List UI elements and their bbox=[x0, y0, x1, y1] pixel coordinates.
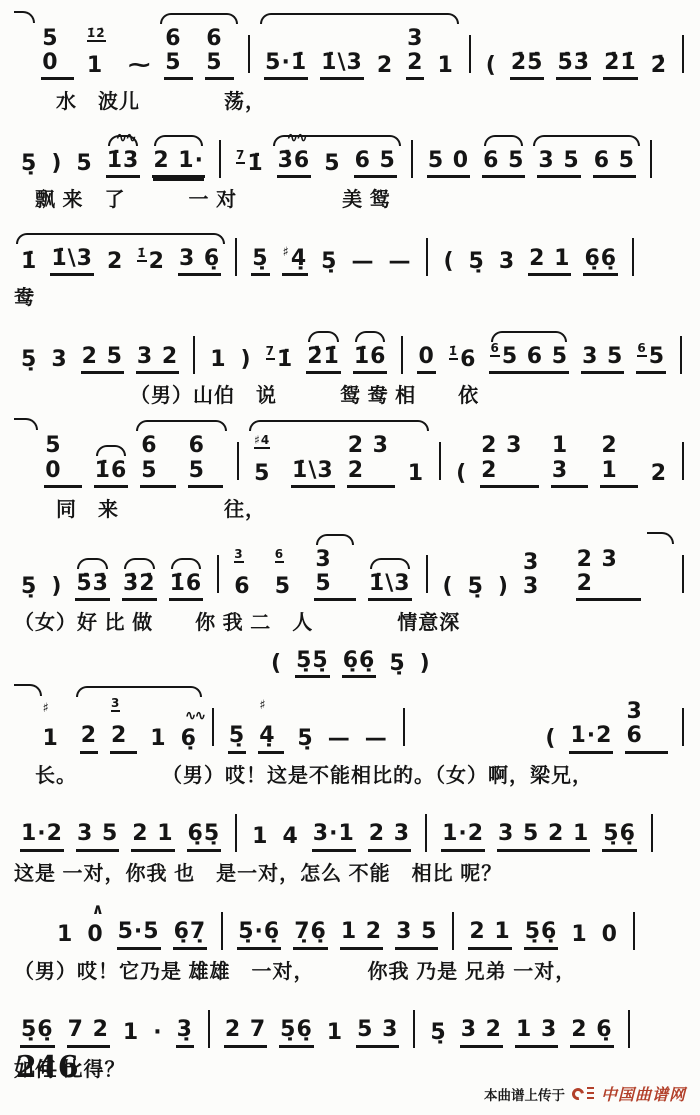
slur-arc-icon bbox=[533, 135, 640, 146]
note-text: 1̇\3 bbox=[292, 459, 334, 483]
note-text: 5 0 bbox=[428, 149, 469, 173]
barline bbox=[208, 1010, 210, 1048]
barline bbox=[403, 708, 405, 746]
note-text: 2 3 2 bbox=[577, 548, 641, 596]
sheet-music-page: { "page": { "number": "246" }, "footer":… bbox=[0, 0, 700, 1115]
note-text: 3 5 bbox=[315, 548, 355, 596]
beamed-group: 3 56 5 bbox=[531, 149, 642, 178]
note-token: 2 6̣ bbox=[570, 1018, 613, 1047]
music-line: 5 01̇66 56 5♯451̇\32 3 21(2 3 21 32 12 同… bbox=[14, 417, 692, 521]
note-token: ) bbox=[497, 575, 510, 601]
barline bbox=[682, 35, 684, 73]
note-token: 1̇ bbox=[20, 250, 38, 276]
slur-arc-icon bbox=[154, 135, 203, 146]
note-token: 4 bbox=[281, 825, 299, 851]
notation-row: 5̣32 53 21)71̇2̇1̇1̇601̇665 6 53 565 bbox=[14, 336, 692, 374]
beamed-group: 2321∿∿6̣ bbox=[74, 700, 204, 753]
footer-upload-text: 本曲谱上传于 bbox=[484, 1084, 565, 1104]
note-token: 3 5 bbox=[395, 920, 438, 949]
note-text: 6̣7̣ bbox=[174, 920, 207, 944]
slur-arc-icon bbox=[484, 135, 523, 146]
note-token: ⁓ bbox=[127, 54, 152, 80]
note-token: 3 5 bbox=[581, 345, 624, 374]
barline bbox=[682, 708, 684, 746]
note-text: ) bbox=[241, 348, 252, 372]
note-token: ♯1 bbox=[42, 703, 68, 753]
note-text: 6 5 bbox=[189, 434, 222, 482]
note-text: 1 3 bbox=[516, 1018, 557, 1042]
barline bbox=[650, 140, 652, 178]
note-token: 1 bbox=[251, 825, 269, 851]
note-token: 6 5 bbox=[354, 149, 397, 178]
grace-note: 6 bbox=[275, 547, 284, 563]
note-token: ) bbox=[419, 652, 432, 678]
lyrics-row: 水 波儿 荡， bbox=[14, 85, 692, 114]
note-text: ( bbox=[545, 727, 556, 751]
note-text: 4 bbox=[282, 825, 298, 849]
lyrics-row: （女）好 比 做 你 我 二 人 情意深 bbox=[14, 606, 692, 635]
note-token: 5̣ bbox=[467, 575, 485, 601]
note-text: 2̇1̇ bbox=[604, 51, 637, 75]
note-text: 5̣6̣ bbox=[21, 1018, 54, 1042]
note-token: 5 0 bbox=[41, 27, 74, 80]
slur-arc-icon bbox=[260, 13, 459, 24]
breath-mark-icon: ∧ bbox=[92, 901, 105, 918]
note-text: 2 1 bbox=[132, 822, 173, 846]
note-token: 6 5 bbox=[593, 149, 636, 178]
note-token: ∿∿6̣ bbox=[180, 727, 198, 753]
note-token: 6 5 bbox=[140, 434, 175, 487]
lyrics-row: 飘 来 了 一 对 美 鸳 bbox=[14, 183, 692, 212]
note-text: 3 5 2 1 bbox=[498, 822, 589, 846]
note-token: — bbox=[350, 250, 375, 276]
note-token: ∿∿1̇3 bbox=[106, 149, 141, 178]
barline bbox=[682, 555, 684, 593]
note-text: 1 bbox=[571, 923, 587, 947]
sharp-icon: ♯ bbox=[43, 701, 50, 716]
note-text: · bbox=[153, 1021, 162, 1045]
note-token: 5 0 bbox=[44, 434, 81, 487]
note-token: ( bbox=[485, 54, 498, 80]
note-text: 3 6 bbox=[626, 700, 667, 748]
footer: 本曲谱上传于 中国曲谱网 bbox=[484, 1082, 686, 1105]
barline bbox=[411, 140, 413, 178]
sharp-icon: ♯ bbox=[259, 698, 266, 713]
note-token: 1 bbox=[570, 923, 588, 949]
note-token: 3 bbox=[50, 348, 68, 374]
note-token: ♯4̣ bbox=[282, 247, 309, 276]
note-token: 3 5 bbox=[76, 822, 119, 851]
music-line: 5̣6̣7 21·3̣2 75̣6̣15 35̣3 21 32 6̣ 如何 比得… bbox=[14, 993, 692, 1082]
barline bbox=[680, 336, 682, 374]
note-token: ( bbox=[270, 652, 283, 678]
note-token: 5̣ bbox=[20, 348, 38, 374]
lyrics-row: 这是 一对，你我 也 是一对，怎么 不能 相比 呢？ bbox=[14, 857, 692, 886]
note-token: 5̣ bbox=[228, 724, 246, 753]
slur-arc-icon bbox=[96, 445, 127, 456]
slur-arc-icon bbox=[136, 420, 227, 431]
barline bbox=[248, 35, 250, 73]
note-token: ) bbox=[50, 575, 63, 601]
note-text: 5̇3̇ bbox=[557, 51, 590, 75]
notation-row: 5 01̇2̇1⁓6 56 55·1̇1̇\323 21(2̇5̇5̇3̇2̇1… bbox=[14, 27, 692, 80]
note-text: 5̣ bbox=[469, 250, 485, 274]
note-text: 2̇ bbox=[651, 54, 667, 78]
note-token: 5̇3̇ bbox=[556, 51, 591, 80]
note-text: — bbox=[328, 727, 351, 751]
note-text: 1 bbox=[87, 54, 103, 78]
sharp-icon: ♯ bbox=[283, 245, 290, 260]
note-token: — bbox=[364, 727, 389, 753]
note-text: 5̣ bbox=[321, 250, 337, 274]
beamed-group: 1̇1̇\321̇23 6̣ bbox=[14, 247, 227, 276]
grace-note: 6 bbox=[490, 341, 499, 357]
note-token: 5̣ bbox=[320, 250, 338, 276]
note-token: 1·2 bbox=[20, 822, 64, 851]
note-token: 2 bbox=[376, 54, 394, 80]
note-text: 3 3 bbox=[523, 551, 563, 599]
note-text: 2 3 2 bbox=[481, 434, 538, 482]
note-text: 1·2 bbox=[21, 822, 63, 846]
note-token: 5̣ bbox=[20, 575, 38, 601]
note-token: 1̇\3 bbox=[291, 459, 335, 488]
note-text: 3 2 bbox=[137, 345, 178, 369]
note-text: 3 6̣ bbox=[179, 247, 220, 271]
grace-note: 1̇ bbox=[449, 344, 458, 360]
note-token: — bbox=[387, 250, 412, 276]
barline bbox=[193, 336, 195, 374]
note-text: 2 bbox=[111, 724, 127, 748]
note-text: 2̇5̇ bbox=[511, 51, 544, 75]
note-token: 71̇ bbox=[235, 152, 265, 178]
slur-arc-icon bbox=[355, 331, 386, 342]
note-token: 3 2 bbox=[136, 345, 179, 374]
note-token: ♯4̣ bbox=[258, 700, 284, 753]
note-token: 1̇6 bbox=[448, 348, 478, 374]
note-token: 5̣6̣ bbox=[20, 1018, 55, 1047]
site-logo-c-rings-icon bbox=[572, 1085, 594, 1103]
note-token: 0 bbox=[601, 923, 619, 949]
note-text: 1̇\3 bbox=[321, 51, 363, 75]
note-text: 6 bbox=[460, 348, 476, 372]
notation-row: 5̣6̣7 21·3̣2 75̣6̣15 35̣3 21 32 6̣ bbox=[14, 1010, 692, 1048]
note-text: 5̣ bbox=[389, 652, 405, 676]
grace-note: 6 bbox=[637, 341, 646, 357]
note-token: 2 3 2 bbox=[576, 548, 642, 601]
notation-row: 1̇1̇\321̇23 6̣5̣♯4̣5̣——(5̣32 16̣6̣ bbox=[14, 238, 692, 276]
note-token: 2̇1̇ bbox=[306, 345, 341, 374]
note-token: 5̣5̣ bbox=[295, 649, 330, 678]
note-token: 5̣ bbox=[388, 652, 406, 678]
note-text: 2 1 bbox=[529, 247, 570, 271]
note-text: 1 bbox=[437, 54, 453, 78]
note-token: 36 bbox=[233, 551, 262, 601]
note-token: 5̇3̇ bbox=[75, 572, 110, 601]
note-token: 5̣ bbox=[429, 1021, 447, 1047]
note-text: 5̣ bbox=[21, 575, 37, 599]
note-text: 1̇3 bbox=[107, 149, 140, 173]
grace-note: ♯4 bbox=[254, 433, 270, 449]
note-token: 1·2 bbox=[441, 822, 485, 851]
note-text: 2 bbox=[81, 724, 97, 748]
note-text: 5 bbox=[649, 345, 665, 369]
note-text: 3̇2̇ bbox=[123, 572, 156, 596]
note-text: 1 bbox=[43, 727, 59, 751]
note-text: 3 2 bbox=[407, 27, 423, 75]
note-token: ( bbox=[442, 250, 455, 276]
note-text: 1 bbox=[252, 825, 268, 849]
note-token: ( bbox=[442, 575, 455, 601]
note-token: 2̇ bbox=[650, 54, 668, 80]
barline bbox=[219, 140, 221, 178]
grace-note: 1̇2̇ bbox=[87, 26, 106, 42]
grace-note: 7 bbox=[266, 344, 275, 360]
barline bbox=[212, 708, 214, 746]
tie-fragment-icon bbox=[14, 418, 38, 430]
note-text: 1 bbox=[327, 1021, 343, 1045]
note-text: 6̣ bbox=[181, 727, 197, 751]
note-text: 6 5 bbox=[483, 149, 524, 173]
music-line: 5̣)5∿∿1̇32 1·71̇∿∿3̇656 55 06 53 56 5 飘 … bbox=[14, 123, 692, 212]
note-text: ) bbox=[51, 152, 62, 176]
note-token: 1 bbox=[407, 462, 425, 488]
note-token: ♯45 bbox=[253, 437, 279, 487]
note-text: 2 bbox=[149, 250, 165, 274]
note-token: 5 0 bbox=[427, 149, 470, 178]
note-text: 5̣6̣ bbox=[280, 1018, 313, 1042]
note-token: 3 5 bbox=[537, 149, 580, 178]
instrumental-fill-line: (5̣5̣6̣6̣5̣) bbox=[14, 644, 692, 678]
music-line: ♯12321∿∿6̣5̣♯4̣5̣——(1·23 6 长。 （男）哎！这是不能相… bbox=[14, 683, 692, 787]
note-text: — bbox=[365, 727, 388, 751]
lyrics-row: 长。 （男）哎！这是不能相比的。（女）啊，梁兄， bbox=[14, 759, 692, 788]
notation-row: 1∧05·56̣7̣∧5̣·6̣7̣6̣1 23 52 15̣6̣10 bbox=[14, 912, 692, 950]
note-token: 71̇ bbox=[265, 348, 295, 374]
note-text: ( bbox=[443, 575, 454, 599]
note-token: 2 1 bbox=[131, 822, 174, 851]
note-text: 6̣6̣ bbox=[343, 649, 376, 673]
note-token: 1̇6 bbox=[169, 572, 204, 601]
note-text: 1̇\3 bbox=[369, 572, 411, 596]
slur-arc-icon bbox=[316, 534, 354, 545]
note-token: 1 bbox=[56, 923, 74, 949]
note-text: 7 2 bbox=[68, 1018, 109, 1042]
barline bbox=[237, 442, 239, 480]
note-text: 3 5 bbox=[538, 149, 579, 173]
note-text: 2 bbox=[377, 54, 393, 78]
note-token: 2 1 bbox=[600, 434, 637, 487]
note-token: 3 5 bbox=[314, 548, 356, 601]
note-text: 2 1· bbox=[153, 149, 204, 173]
note-text: 1·2 bbox=[570, 724, 612, 748]
note-text: 2 5 bbox=[82, 345, 123, 369]
note-token: 1 bbox=[122, 1021, 140, 1047]
note-token: 5 3 bbox=[356, 1018, 399, 1047]
note-token: 1̇6 bbox=[94, 459, 129, 488]
lyrics-row: （男）山伯 说 鸳 鸯 相 依 bbox=[14, 379, 692, 408]
note-token: ( bbox=[455, 462, 468, 488]
note-text: 2 1 bbox=[601, 434, 636, 482]
note-text: 0 bbox=[87, 923, 103, 947]
note-text: ⁓ bbox=[128, 54, 151, 78]
note-token: 1̇2 bbox=[136, 250, 166, 276]
barline bbox=[217, 555, 219, 593]
note-text: 1 2 bbox=[341, 920, 382, 944]
slur-arc-icon bbox=[76, 686, 202, 697]
music-line: 1·23 52 16̣5̣143·12 31·23 5 2 15̣6̣ 这是 一… bbox=[14, 797, 692, 886]
beamed-group: 6 56 5 bbox=[158, 27, 240, 80]
note-token: 1̇2̇1 bbox=[86, 30, 115, 80]
note-token: 2 bbox=[650, 462, 668, 488]
note-text: ) bbox=[420, 652, 431, 676]
note-text: 3 2 bbox=[461, 1018, 502, 1042]
note-text: 1̇6 bbox=[170, 572, 203, 596]
note-token: 7̣6̣ bbox=[293, 920, 328, 949]
notation-row: 5 01̇66 56 5♯451̇\32 3 21(2 3 21 32 12 bbox=[14, 434, 692, 487]
note-token: ) bbox=[50, 152, 63, 178]
note-text: 7̣6̣ bbox=[294, 920, 327, 944]
note-text: 1 3 bbox=[552, 434, 587, 482]
note-token: 65 6 5 bbox=[489, 345, 569, 374]
note-token: 6̣5̣ bbox=[187, 822, 222, 851]
slur-arc-icon bbox=[491, 331, 567, 342]
note-text: 5̣·6̣ bbox=[238, 920, 280, 944]
barline bbox=[439, 442, 441, 480]
beamed-group: ∿∿3̇656 5 bbox=[271, 149, 403, 178]
lyrics-row: （男）哎！它乃是 雄雄 一对， 你我 乃是 兄弟 一对， bbox=[14, 955, 692, 984]
grace-note: 7 bbox=[236, 148, 245, 164]
slur-arc-icon bbox=[124, 558, 155, 569]
barline bbox=[469, 35, 471, 73]
note-token: 3 bbox=[498, 250, 516, 276]
barline bbox=[633, 912, 635, 950]
note-text: 1̇ bbox=[247, 152, 263, 176]
note-token: · bbox=[152, 1021, 163, 1047]
note-text: 1̇ bbox=[277, 348, 293, 372]
barline bbox=[235, 814, 237, 852]
note-text: ) bbox=[498, 575, 509, 599]
note-text: ( bbox=[271, 652, 282, 676]
note-token: 1 bbox=[149, 727, 167, 753]
note-token: 1̇6 bbox=[353, 345, 388, 374]
barline bbox=[425, 814, 427, 852]
beamed-group: ♯451̇\32 3 21 bbox=[247, 434, 431, 487]
note-text: 0 bbox=[418, 345, 434, 369]
note-token: 3 3 bbox=[522, 551, 564, 601]
barline bbox=[628, 1010, 630, 1048]
note-token: 7 2 bbox=[67, 1018, 110, 1047]
note-token: 6 5 bbox=[164, 27, 193, 80]
note-token: 6̣7̣ bbox=[173, 920, 208, 949]
note-text: 3̣ bbox=[177, 1018, 193, 1042]
note-text: 2 3 2 bbox=[348, 434, 394, 482]
music-line: 5 01̇2̇1⁓6 56 55·1̇1̇\323 21(2̇5̇5̇3̇2̇1… bbox=[14, 10, 692, 114]
note-text: 2 6̣ bbox=[571, 1018, 612, 1042]
note-text: 1·2 bbox=[442, 822, 484, 846]
note-token: 5·1̇ bbox=[264, 51, 308, 80]
note-token: 5̣ bbox=[251, 247, 269, 276]
barline bbox=[682, 442, 684, 480]
note-text: ( bbox=[443, 250, 454, 274]
note-text: 2 bbox=[107, 250, 123, 274]
note-text: 3·1 bbox=[313, 822, 355, 846]
note-token: ) bbox=[240, 348, 253, 374]
note-text: 5 0 bbox=[42, 27, 73, 75]
slur-arc-icon bbox=[77, 558, 108, 569]
note-text: 2̇1̇ bbox=[307, 345, 340, 369]
note-text: 6 5 bbox=[165, 27, 192, 75]
note-token: 2 1· bbox=[152, 149, 205, 178]
note-text: 2 3 bbox=[369, 822, 410, 846]
note-token: 2 1 bbox=[528, 247, 571, 276]
notation-row: 5̣)5∿∿1̇32 1·71̇∿∿3̇656 55 06 53 56 5 bbox=[14, 140, 692, 178]
trill-icon: ∿∿ bbox=[115, 131, 134, 146]
tie-fragment-icon bbox=[647, 532, 674, 544]
note-token: 2 5 bbox=[81, 345, 124, 374]
barline bbox=[632, 238, 634, 276]
note-text: 1 bbox=[123, 1021, 139, 1045]
note-token: 2 bbox=[80, 724, 98, 753]
note-token: 3 6̣ bbox=[178, 247, 221, 276]
note-token: 1̇\3 bbox=[50, 247, 94, 276]
barline bbox=[651, 814, 653, 852]
slur-arc-icon bbox=[160, 13, 238, 24]
note-token: 5̣6̣ bbox=[279, 1018, 314, 1047]
note-text: 3 5 bbox=[77, 822, 118, 846]
note-text: 1 bbox=[57, 923, 73, 947]
note-token: 1 3 bbox=[551, 434, 588, 487]
note-token: 1 bbox=[436, 54, 454, 80]
note-text: 5̣6̣ bbox=[525, 920, 558, 944]
note-token: 0 bbox=[417, 345, 435, 374]
note-text: 5̣ bbox=[468, 575, 484, 599]
note-token: 6 5 bbox=[188, 434, 223, 487]
note-token: 5̣·6̣ bbox=[237, 920, 281, 949]
note-token: 3 2 bbox=[406, 27, 424, 80]
note-text: 2 bbox=[651, 462, 667, 486]
note-text: 6 5 bbox=[594, 149, 635, 173]
grace-note: 1̇ bbox=[137, 246, 146, 262]
note-token: 3̣ bbox=[176, 1018, 194, 1047]
note-text: 5̣ bbox=[21, 348, 37, 372]
note-token: 5̣ bbox=[296, 727, 314, 753]
grace-note: 3 bbox=[111, 696, 120, 712]
note-text: 4̣ bbox=[259, 724, 275, 748]
note-token: 6 5 bbox=[205, 27, 234, 80]
note-token: ( bbox=[544, 727, 557, 753]
note-text: 3 bbox=[51, 348, 67, 372]
note-text: 2 1 bbox=[469, 920, 510, 944]
note-text: 1̇\3 bbox=[51, 247, 93, 271]
note-text: — bbox=[388, 250, 411, 274]
barline bbox=[401, 336, 403, 374]
note-token: 5̣ bbox=[468, 250, 486, 276]
note-token: 1̇\3 bbox=[320, 51, 364, 80]
note-token: 3 5 2 1 bbox=[497, 822, 590, 851]
note-text: 6̣5̣ bbox=[188, 822, 221, 846]
barline: ∧ bbox=[221, 912, 223, 950]
note-text: 5̣5̣ bbox=[296, 649, 329, 673]
note-text: 5̣ bbox=[252, 247, 268, 271]
music-line: 5̣32 53 21)71̇2̇1̇1̇601̇665 6 53 565 （男）… bbox=[14, 319, 692, 408]
note-text: ( bbox=[456, 462, 467, 486]
note-text: 1 bbox=[150, 727, 166, 751]
beamed-group: 6 56 5 bbox=[134, 434, 229, 487]
note-token: 2̇1̇ bbox=[603, 51, 638, 80]
barline bbox=[426, 238, 428, 276]
lyrics-row: 如何 比得？ bbox=[14, 1053, 692, 1082]
barline bbox=[452, 912, 454, 950]
